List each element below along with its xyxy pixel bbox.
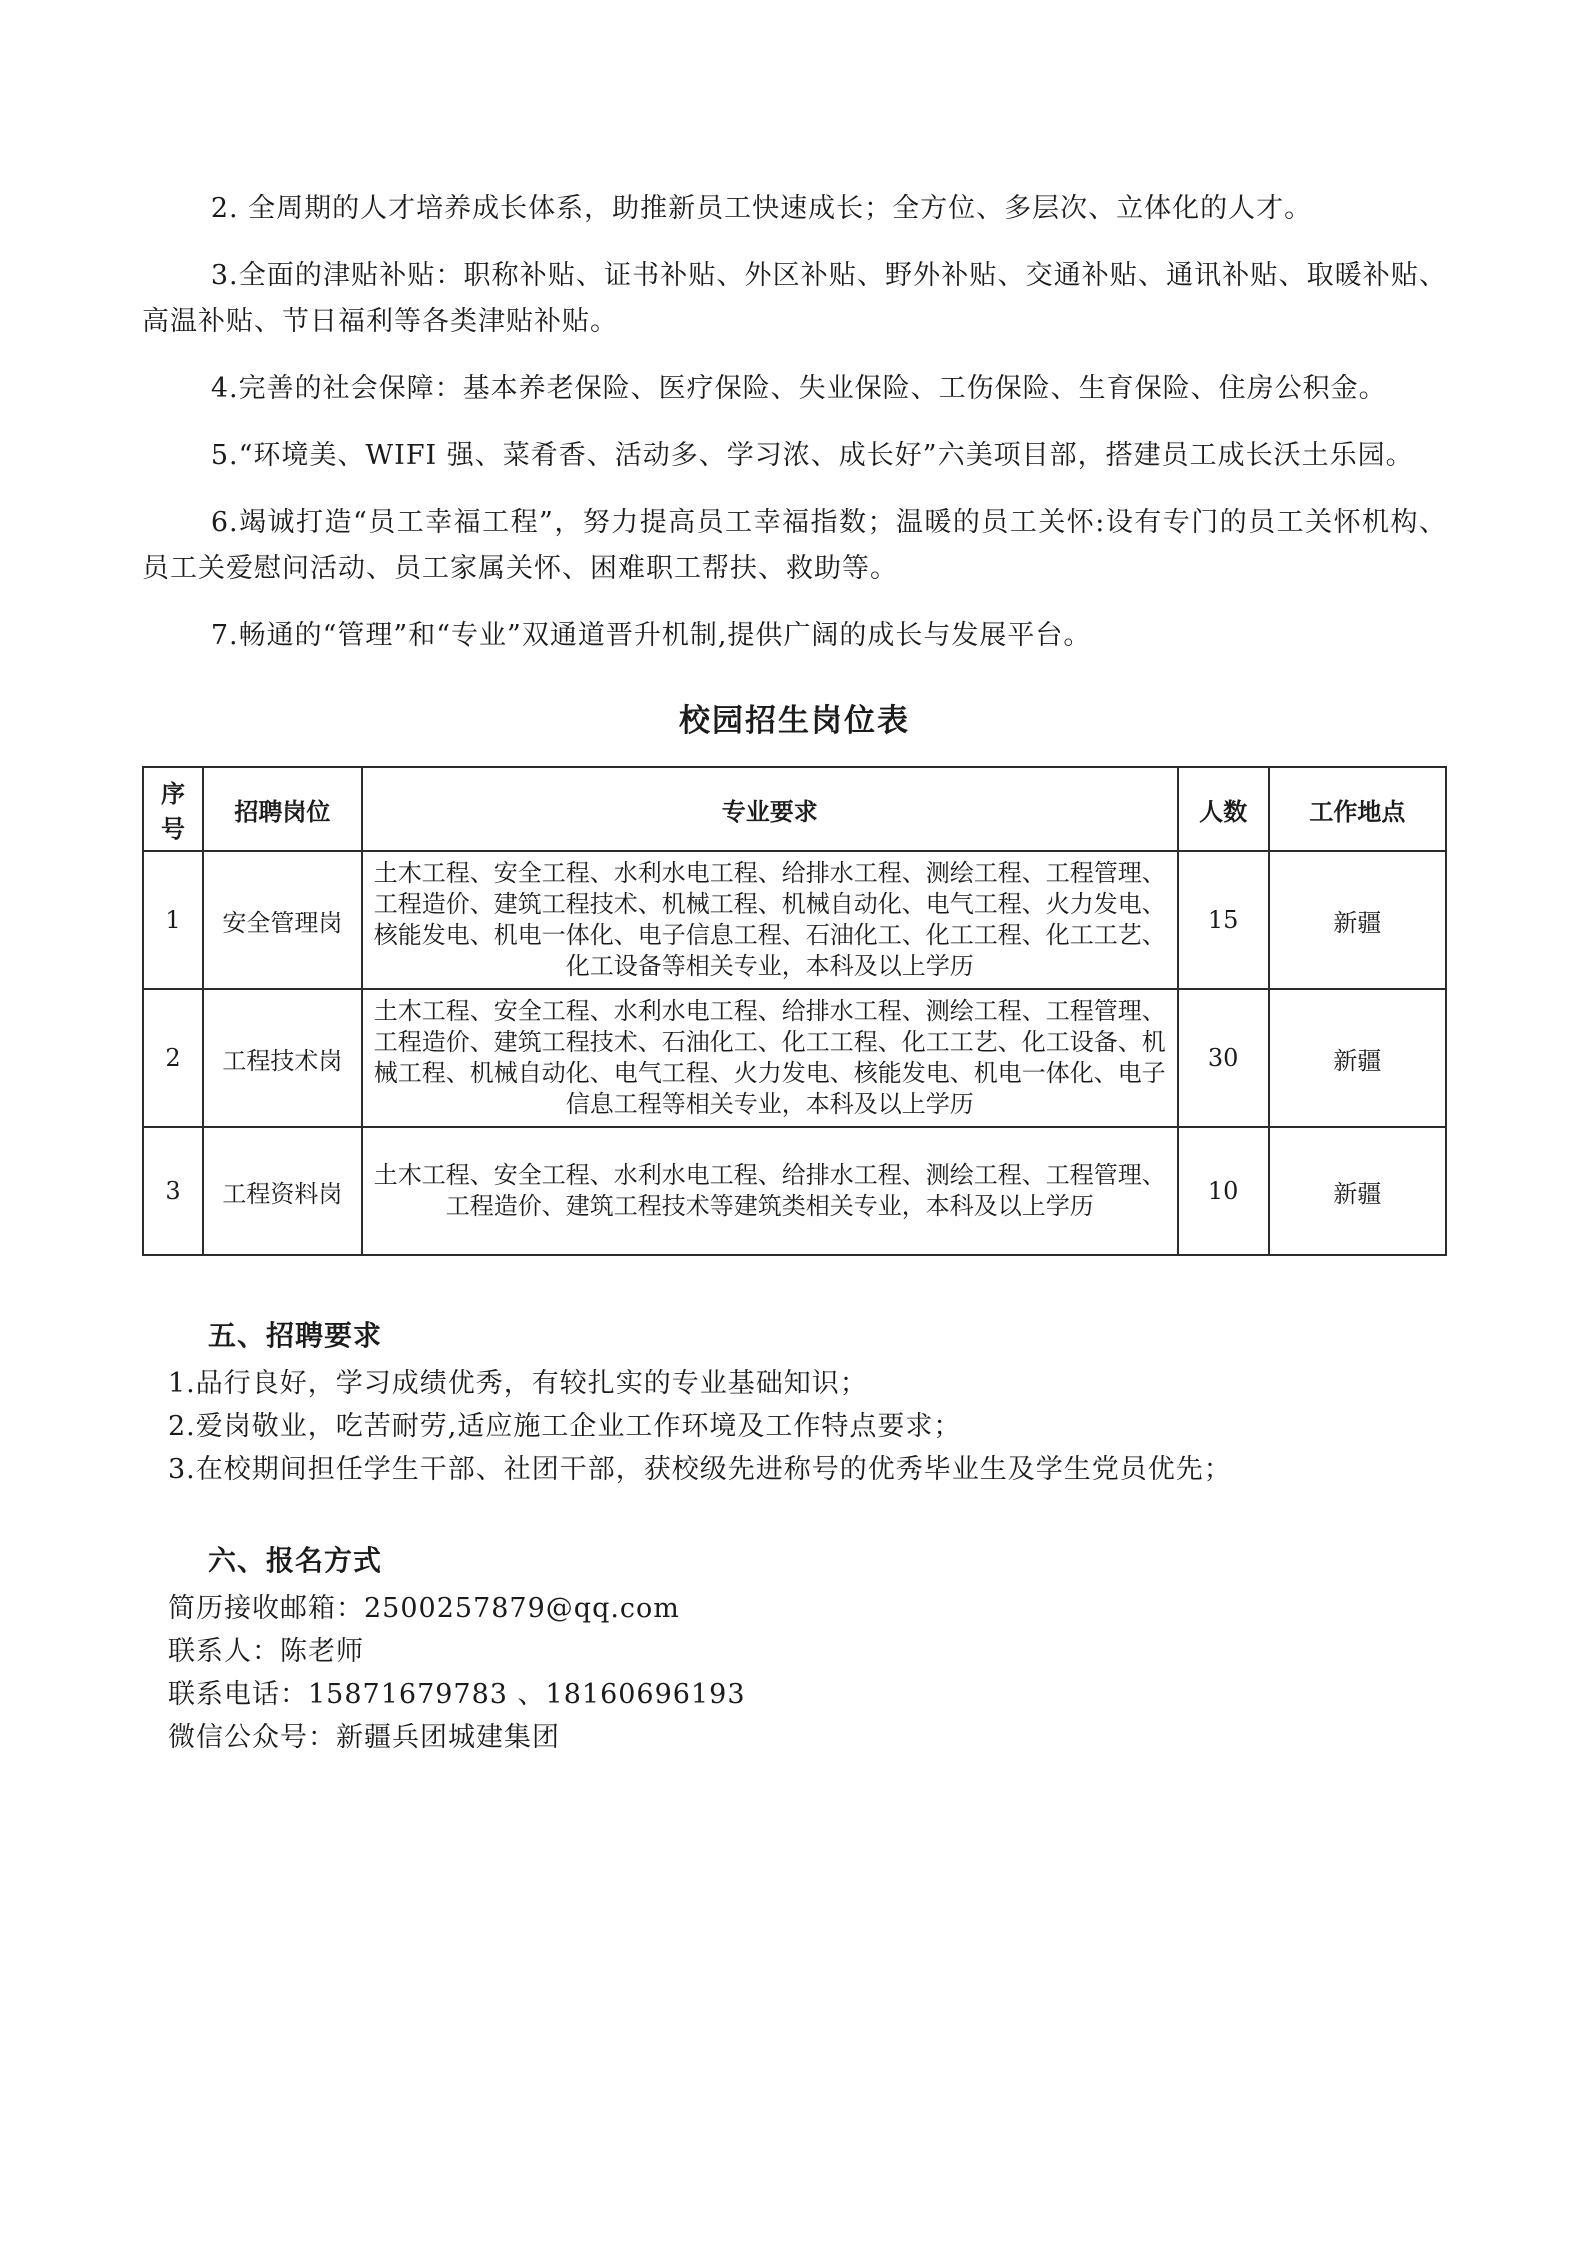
table-row: 2 工程技术岗 土木工程、安全工程、水利水电工程、给排水工程、测绘工程、工程管理… [143,989,1446,1127]
table-header-row: 序号 招聘岗位 专业要求 人数 工作地点 [143,767,1446,851]
section-heading-requirements: 五、招聘要求 [208,1314,1447,1354]
paragraph-7: 7.畅通的“管理”和“专业”双通道晋升机制,提供广阔的成长与发展平台。 [142,613,1447,659]
table-row: 3 工程资料岗 土木工程、安全工程、水利水电工程、给排水工程、测绘工程、工程管理… [143,1127,1446,1255]
contact-phone-line: 联系电话：15871679783 、18160696193 [168,1673,1447,1716]
requirement-item: 2.爱岗敬业，吃苦耐劳,适应施工企业工作环境及工作特点要求； [168,1405,1447,1448]
header-count: 人数 [1178,767,1269,851]
cell-location: 新疆 [1269,851,1446,989]
header-requirements: 专业要求 [362,767,1178,851]
cell-no: 2 [143,989,203,1127]
header-location: 工作地点 [1269,767,1446,851]
requirement-item: 1.品行良好，学习成绩优秀，有较扎实的专业基础知识； [168,1362,1447,1405]
cell-location: 新疆 [1269,1127,1446,1255]
section-heading-apply: 六、报名方式 [208,1539,1447,1579]
contact-wechat-line: 微信公众号：新疆兵团城建集团 [168,1716,1447,1759]
cell-requirements: 土木工程、安全工程、水利水电工程、给排水工程、测绘工程、工程管理、工程造价、建筑… [362,1127,1178,1255]
cell-location: 新疆 [1269,989,1446,1127]
cell-no: 1 [143,851,203,989]
contact-email-line: 简历接收邮箱：2500257879@qq.com [168,1587,1447,1630]
cell-count: 10 [1178,1127,1269,1255]
table-row: 1 安全管理岗 土木工程、安全工程、水利水电工程、给排水工程、测绘工程、工程管理… [143,851,1446,989]
table-title: 校园招生岗位表 [142,695,1447,740]
header-no: 序号 [143,767,203,851]
cell-requirements: 土木工程、安全工程、水利水电工程、给排水工程、测绘工程、工程管理、工程造价、建筑… [362,851,1178,989]
document-page: 2. 全周期的人才培养成长体系，助推新员工快速成长；全方位、多层次、立体化的人才… [0,0,1587,2245]
requirement-item: 3.在校期间担任学生干部、社团干部，获校级先进称号的优秀毕业生及学生党员优先； [168,1448,1447,1491]
header-position: 招聘岗位 [203,767,362,851]
paragraph-5: 5.“环境美、WIFI 强、菜肴香、活动多、学习浓、成长好”六美项目部，搭建员工… [142,433,1447,479]
paragraph-2: 2. 全周期的人才培养成长体系，助推新员工快速成长；全方位、多层次、立体化的人才… [142,186,1447,232]
recruitment-table: 序号 招聘岗位 专业要求 人数 工作地点 1 安全管理岗 土木工程、安全工程、水… [142,766,1447,1256]
cell-position: 工程资料岗 [203,1127,362,1255]
cell-position: 安全管理岗 [203,851,362,989]
cell-count: 30 [1178,989,1269,1127]
paragraph-6: 6.竭诚打造“员工幸福工程”，努力提高员工幸福指数；温暖的员工关怀:设有专门的员… [142,500,1447,592]
contact-person-line: 联系人：陈老师 [168,1630,1447,1673]
cell-no: 3 [143,1127,203,1255]
cell-count: 15 [1178,851,1269,989]
cell-requirements: 土木工程、安全工程、水利水电工程、给排水工程、测绘工程、工程管理、工程造价、建筑… [362,989,1178,1127]
paragraph-3: 3.全面的津贴补贴：职称补贴、证书补贴、外区补贴、野外补贴、交通补贴、通讯补贴、… [142,253,1447,345]
paragraph-4: 4.完善的社会保障：基本养老保险、医疗保险、失业保险、工伤保险、生育保险、住房公… [142,366,1447,412]
cell-position: 工程技术岗 [203,989,362,1127]
